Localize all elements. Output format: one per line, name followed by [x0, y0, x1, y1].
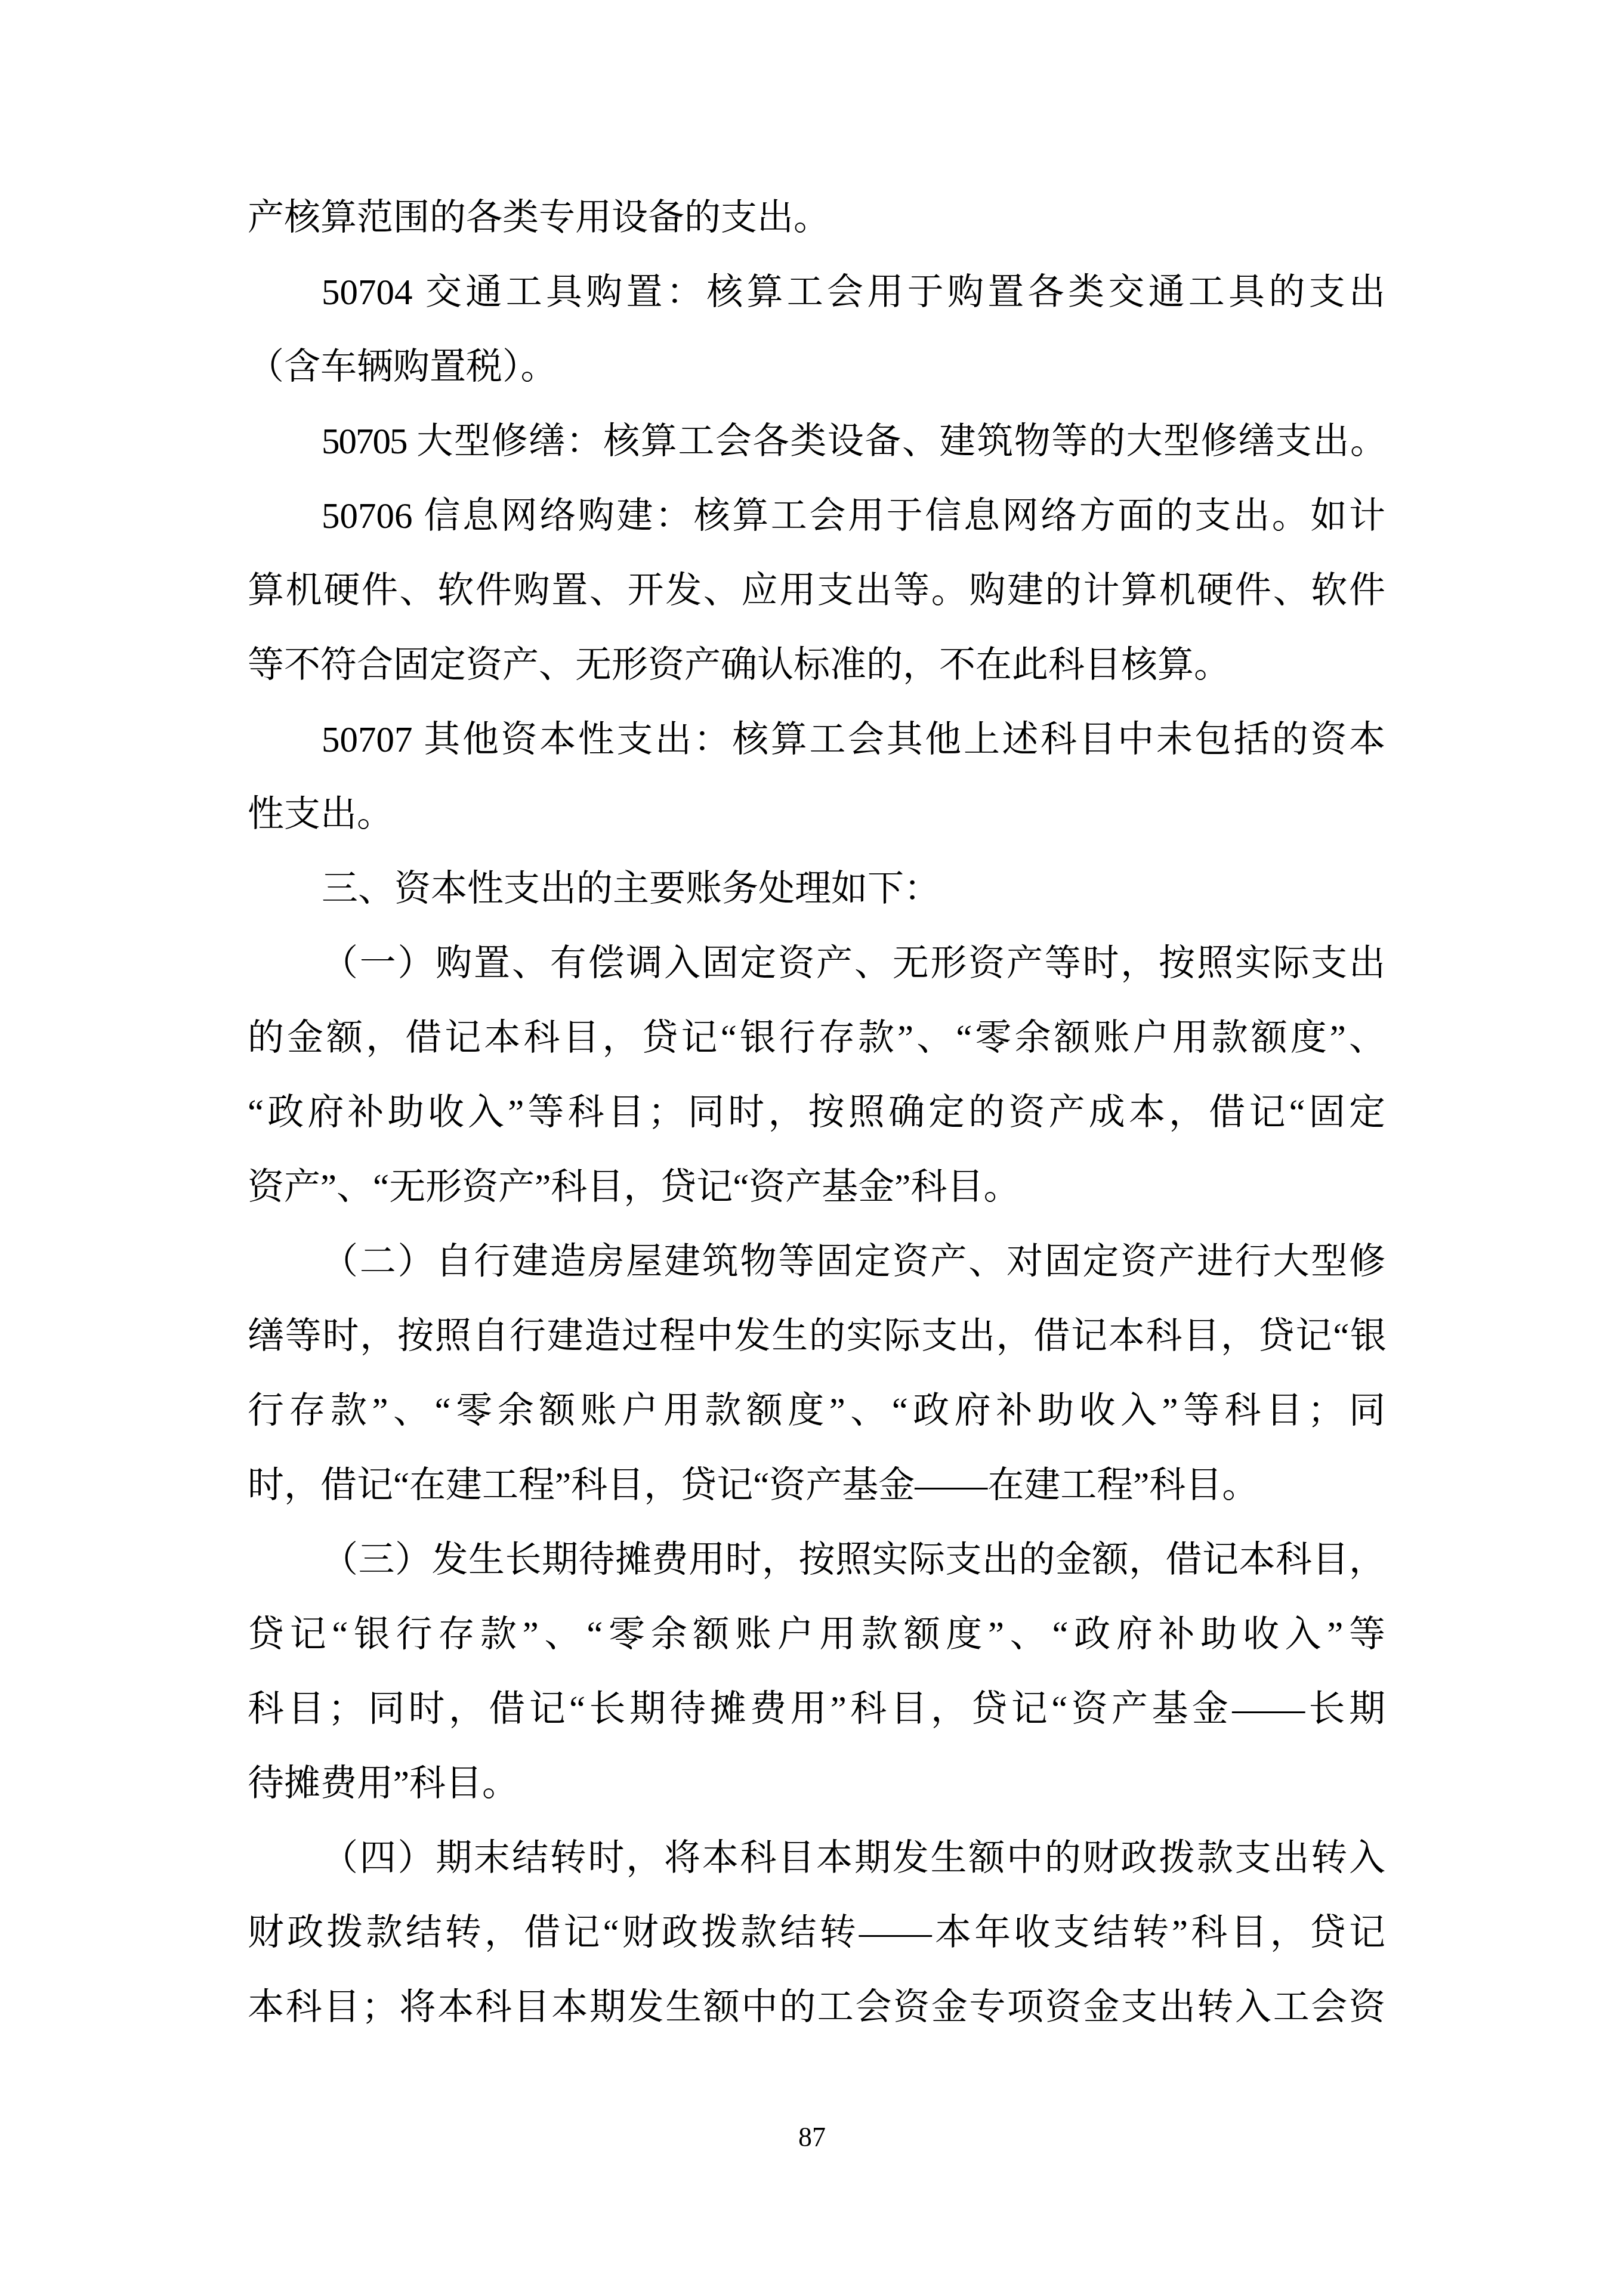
text-line: 产核算范围的各类专用设备的支出。: [248, 181, 1385, 255]
text-line: 本科目；将本科目本期发生额中的工会资金专项资金支出转入工会资: [248, 1970, 1385, 2045]
text-line: （三）发生长期待摊费用时，按照实际支出的金额，借记本科目，: [248, 1523, 1385, 1597]
text-line: 50706 信息网络购建：核算工会用于信息网络方面的支出。如计: [248, 479, 1385, 554]
text-line: 性支出。: [248, 777, 1385, 852]
text-line: “政府补助收入”等科目；同时，按照确定的资产成本，借记“固定: [248, 1076, 1385, 1150]
text-line: 科目；同时，借记“长期待摊费用”科目，贷记“资产基金——长期: [248, 1672, 1385, 1747]
text-line: （一）购置、有偿调入固定资产、无形资产等时，按照实际支出: [248, 926, 1385, 1001]
text-line: 待摊费用”科目。: [248, 1747, 1385, 1821]
text-line: 50705 大型修缮：核算工会各类设备、建筑物等的大型修缮支出。: [248, 404, 1385, 479]
text-line: 时，借记“在建工程”科目，贷记“资产基金——在建工程”科目。: [248, 1448, 1385, 1523]
text-line: 资产”、“无形资产”科目，贷记“资产基金”科目。: [248, 1150, 1385, 1225]
text-line: 财政拨款结转，借记“财政拨款结转——本年收支结转”科目，贷记: [248, 1896, 1385, 1970]
text-line: 三、资本性支出的主要账务处理如下：: [248, 852, 1385, 926]
document-page: 产核算范围的各类专用设备的支出。 50704 交通工具购置：核算工会用于购置各类…: [0, 0, 1624, 2296]
text-line: 行存款”、“零余额账户用款额度”、“政府补助收入”等科目；同: [248, 1374, 1385, 1448]
text-line: 缮等时，按照自行建造过程中发生的实际支出，借记本科目，贷记“银: [248, 1299, 1385, 1374]
text-line: （二）自行建造房屋建筑物等固定资产、对固定资产进行大型修: [248, 1225, 1385, 1299]
page-number: 87: [0, 2119, 1624, 2155]
text-line: 50704 交通工具购置：核算工会用于购置各类交通工具的支出: [248, 255, 1385, 330]
text-line: 贷记“银行存款”、“零余额账户用款额度”、“政府补助收入”等: [248, 1597, 1385, 1672]
text-line: 算机硬件、软件购置、开发、应用支出等。购建的计算机硬件、软件: [248, 554, 1385, 628]
text-line: （含车辆购置税）。: [248, 330, 1385, 404]
text-block: 产核算范围的各类专用设备的支出。 50704 交通工具购置：核算工会用于购置各类…: [248, 181, 1385, 2045]
text-line: （四）期末结转时，将本科目本期发生额中的财政拨款支出转入: [248, 1821, 1385, 1896]
text-line: 等不符合固定资产、无形资产确认标准的，不在此科目核算。: [248, 628, 1385, 703]
text-line: 50707 其他资本性支出：核算工会其他上述科目中未包括的资本: [248, 703, 1385, 777]
text-line: 的金额，借记本科目，贷记“银行存款”、“零余额账户用款额度”、: [248, 1001, 1385, 1076]
